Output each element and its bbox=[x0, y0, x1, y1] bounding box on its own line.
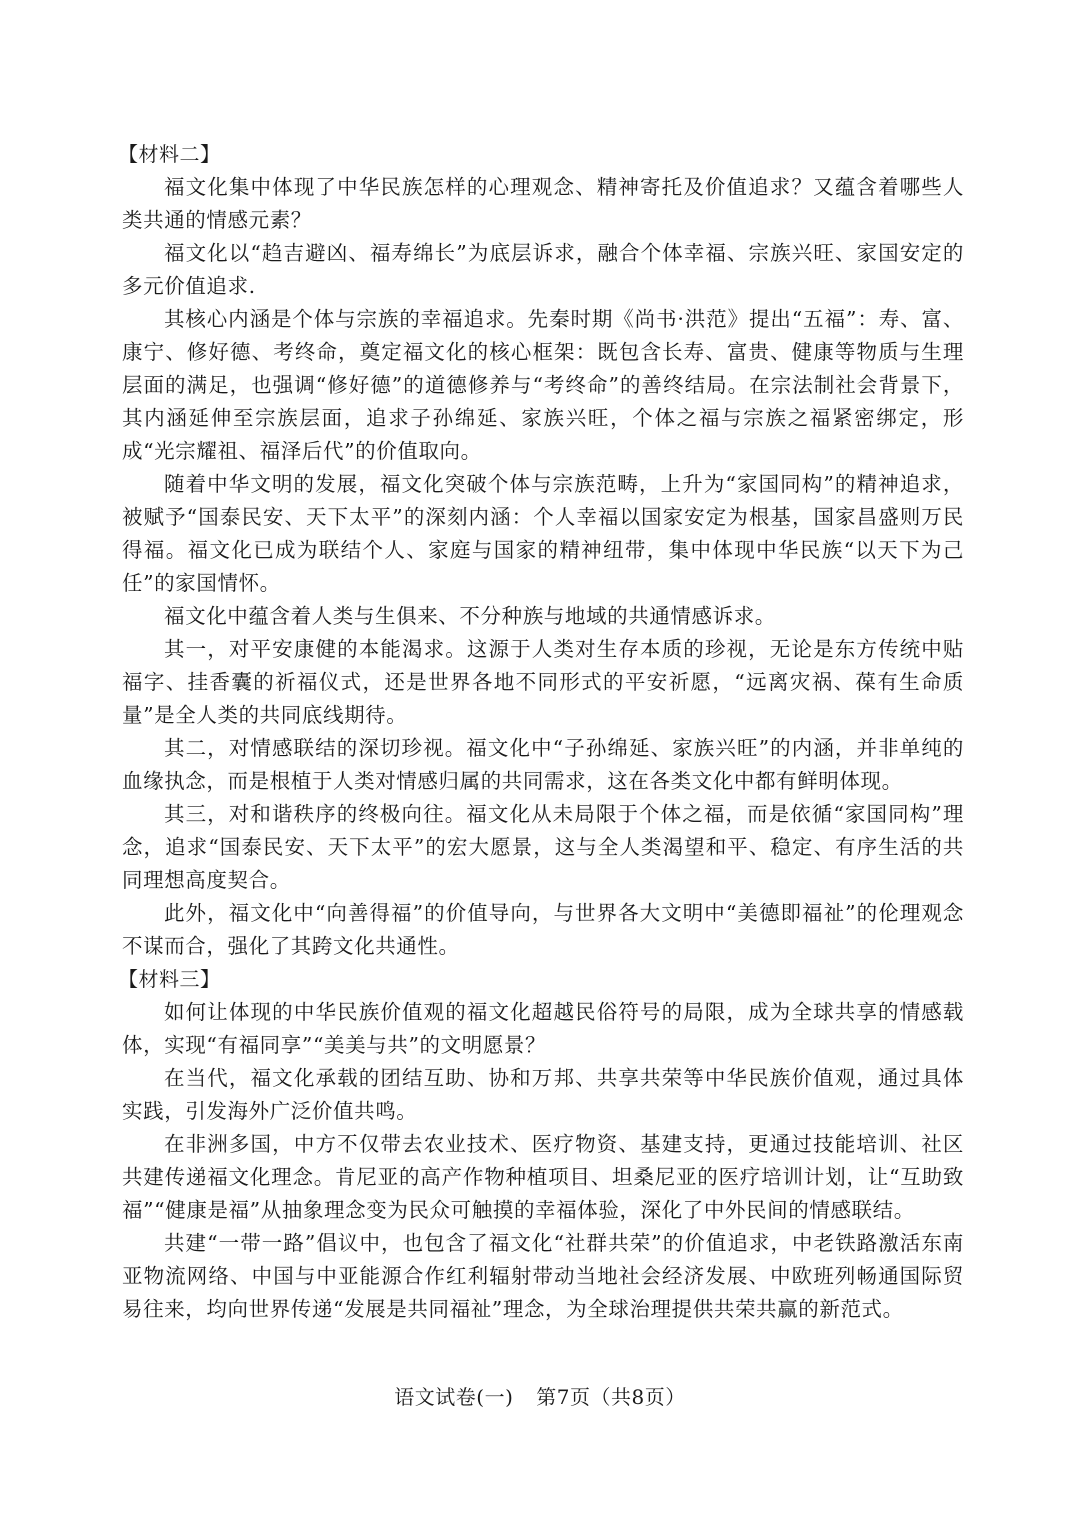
paragraph: 福文化中蕴含着人类与生俱来、不分种族与地域的共通情感诉求。 bbox=[122, 600, 964, 633]
paragraph: 共建“一带一路”倡议中，也包含了福文化“社群共荣”的价值追求，中老铁路激活东南亚… bbox=[122, 1227, 964, 1326]
exam-page-body: 【材料二】 福文化集中体现了中华民族怎样的心理观念、精神寄托及价值追求？又蕴含着… bbox=[122, 138, 964, 1326]
paragraph: 其三，对和谐秩序的终极向往。福文化从未局限于个体之福，而是依循“家国同构”理念，… bbox=[122, 798, 964, 897]
material-two-section: 【材料二】 福文化集中体现了中华民族怎样的心理观念、精神寄托及价值追求？又蕴含着… bbox=[122, 138, 964, 963]
paragraph: 其一，对平安康健的本能渴求。这源于人类对生存本质的珍视，无论是东方传统中贴福字、… bbox=[122, 633, 964, 732]
paragraph: 此外，福文化中“向善得福”的价值导向，与世界各大文明中“美德即福祉”的伦理观念不… bbox=[122, 897, 964, 963]
paragraph: 在当代，福文化承载的团结互助、协和万邦、共享共荣等中华民族价值观，通过具体实践，… bbox=[122, 1062, 964, 1128]
paragraph: 随着中华文明的发展，福文化突破个体与宗族范畴，上升为“家国同构”的精神追求，被赋… bbox=[122, 468, 964, 600]
paragraph: 如何让体现的中华民族价值观的福文化超越民俗符号的局限，成为全球共享的情感载体，实… bbox=[122, 996, 964, 1062]
paragraph: 其核心内涵是个体与宗族的幸福追求。先秦时期《尚书·洪范》提出“五福”：寿、富、康… bbox=[122, 303, 964, 468]
material-three-section: 【材料三】 如何让体现的中华民族价值观的福文化超越民俗符号的局限，成为全球共享的… bbox=[122, 963, 964, 1326]
paragraph: 其二，对情感联结的深切珍视。福文化中“子孙绵延、家族兴旺”的内涵，并非单纯的血缘… bbox=[122, 732, 964, 798]
exam-title: 语文试卷(一) bbox=[394, 1385, 513, 1409]
page-number: 第7页（共8页） bbox=[536, 1385, 685, 1409]
page-footer: 语文试卷(一) 第7页（共8页） bbox=[0, 1383, 1080, 1411]
paragraph: 福文化以“趋吉避凶、福寿绵长”为底层诉求，融合个体幸福、宗族兴旺、家国安定的多元… bbox=[122, 237, 964, 303]
paragraph: 在非洲多国，中方不仅带去农业技术、医疗物资、基建支持，更通过技能培训、社区共建传… bbox=[122, 1128, 964, 1227]
section-heading-material-three: 【材料三】 bbox=[118, 963, 964, 996]
paragraph: 福文化集中体现了中华民族怎样的心理观念、精神寄托及价值追求？又蕴含着哪些人类共通… bbox=[122, 171, 964, 237]
section-heading-material-two: 【材料二】 bbox=[118, 138, 964, 171]
